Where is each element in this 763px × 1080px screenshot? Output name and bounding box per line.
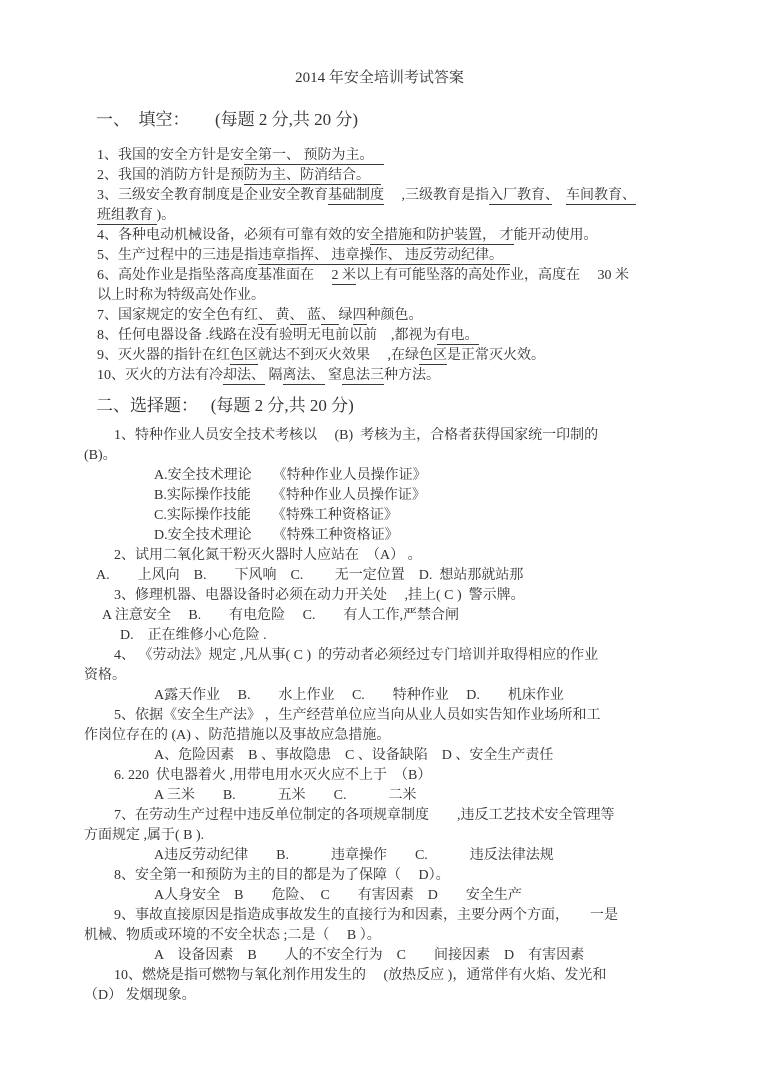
choice-q3-option-d: D. 正在维修小心危险 . [84,626,675,646]
choice-q1-continuation: (B)。 [84,446,675,466]
choice-q7: 7、在劳动生产过程中违反单位制定的各项规章制度 ,违反工艺技术安全管理等 [84,806,675,826]
choice-q9-continuation: 机械、物质或环境的不安全状态 ;二是（ B ）。 [84,926,675,946]
question-text: 种颜色。 [367,308,423,323]
fill-q4: 4、各种电动机械设备，必须有可靠有效的安全措施和防护装置， 才能开动使用。 [97,226,675,246]
choice-q1: 1、特种作业人员安全技术考核以 (B) 考核为主，合格者获得国家统一印制的 [84,426,675,446]
fill-q8: 8、任何电器设备 .线路在没有验明无电前以前 ,都视为有电。 [97,326,675,346]
question-text: 1、我国的安全方针是安 [97,148,244,163]
exam-document-page: 2014 年安全培训考试答案 一、 填空： (每题 2 分,共 20 分) 1、… [0,0,763,1080]
choice-q4: 4、 《劳动法》规定 ,凡从事( C ) 的劳动者必须经过专门培训并取得相应的作… [84,646,675,666]
question-text: 6、高处作业是指坠落高度基准面在 [97,268,332,283]
question-text: 窒 [325,368,343,383]
choice-q3: 3、修理机器、电器设备时必须在动力开关处 ,挂上( C ) 警示牌。 [84,586,675,606]
choice-q8: 8、安全第一和预防为主的目的都是为了保障（ D）。 [84,866,675,886]
question-text: ,三级教育是指 [384,188,489,203]
fill-q6-continuation: 以上时称为特级高处作业。 [97,286,675,306]
question-text: 9、灭火器的指针在红 [97,348,230,363]
question-text: 5、生产过程中的三违是指 [97,248,258,263]
answer-underlined-text: 2 米 [332,268,357,285]
choice-q1-option-c: C.实际操作技能 《特殊工种资格证》 [84,506,675,526]
answer-underlined-text: 、 [258,308,276,325]
question-text: 能开动使用。 [514,228,598,243]
choice-q2-options: A. 上风向 B. 下风响 C. 无一定位置 D. 想站那就站那 [84,566,675,586]
fill-section-heading: 一、 填空： (每题 2 分,共 20 分) [96,108,675,132]
answer-underlined-text: 全措施和防护装置， 才 [370,228,514,245]
choice-q4-continuation: 资格。 [84,666,675,686]
answer-underlined-text: 全第一、 预防为主。 [244,148,384,165]
answer-underlined-text: 、 [290,308,308,325]
choice-q9: 9、事故直接原因是指造成事故发生的直接行为和因素，主要分两个方面， 一是 [84,906,675,926]
answer-underlined-text: 四 [353,308,367,325]
question-text: 10、灭火的方法有冷 [97,368,223,383]
question-text: 是正常灭火效。 [447,348,545,363]
question-text: 7、国家规定的安全色有红 [97,308,258,323]
question-text: 8、任何电器设备 .线路在没有验明无电前以前 ,都视为 [97,328,437,343]
question-text [552,188,566,203]
question-text: 以上有可能坠落的高处作业，高度在 30 米 [356,268,629,283]
answer-underlined-text: 色区 [419,348,447,365]
choice-q5: 5、依据《安全生产法》 ，生产经营单位应当向从业人员如实告知作业场所和工 [84,706,675,726]
fill-q2: 2、我国的消防方针是预防为主、防消结合。 [97,166,675,186]
answer-underlined-text: 防为主、防消结合。 [244,168,381,185]
choice-q1-option-d: D.安全技术理论 《特殊工种资格证》 [84,526,675,546]
choice-q1-option-a: A.安全技术理论 《特种作业人员操作证》 [84,466,675,486]
choice-section-heading: 二、选择题： (每题 2 分,共 20 分) [96,394,675,418]
choice-section: 1、特种作业人员安全技术考核以 (B) 考核为主，合格者获得国家统一印制的 (B… [84,426,675,1006]
question-text: 就达不到灭火效果 ,在绿 [258,348,419,363]
answer-underlined-text: 基础制度 [328,188,384,205]
fill-q3-continuation: 班组教育 )。 [97,206,675,226]
question-text: 蓝 [307,308,321,323]
choice-q10-continuation: （D） 发烟现象。 [84,986,675,1006]
answer-underlined-text: 入厂教育、 [489,188,552,205]
answer-underlined-text: 、 [321,308,339,325]
question-text: 绿 [339,308,353,323]
question-text: 2、我国的消防方针是预 [97,168,244,183]
fill-q5: 5、生产过程中的三违是指违章指挥、 违章操作、 违反劳动纪律。 [97,246,675,266]
choice-q9-options: A 设备因素 B 人的不安全行为 C 间接因素 D 有害因素 [84,946,675,966]
fill-q6: 6、高处作业是指坠落高度基准面在 2 米以上有可能坠落的高处作业，高度在 30 … [97,266,675,286]
answer-underlined-text: 有电。 [437,328,479,345]
choice-q6: 6. 220 伏电器着火 ,用带电用水灭火应不上于 （B） [84,766,675,786]
answer-underlined-text: 息法三 [342,368,384,385]
choice-q7-continuation: 方面规定 ,属于( B ). [84,826,675,846]
answer-underlined-text: 色区 [230,348,258,365]
choice-q3-options-abc: A 注意安全 B. 有电危险 C. 有人工作,严禁合闸 [84,606,675,626]
choice-q5-continuation: 作岗位存在的 (A) 、防范措施以及事故应急措施。 [84,726,675,746]
fill-q3: 3、三级安全教育制度是企业安全教育基础制度 ,三级教育是指入厂教育、 车间教育、 [97,186,675,206]
choice-q5-options: A、危险因素 B 、事故隐患 C 、设备缺陷 D 、安全生产责任 [84,746,675,766]
question-text: )。 [157,208,176,223]
question-text: 4、各种电动机械设备，必须有可靠有效的安 [97,228,370,243]
choice-q7-options: A违反劳动纪律 B. 违章操作 C. 违反法律法规 [84,846,675,866]
question-text: 隔 [265,368,283,383]
choice-q2: 2、试用二氧化氮干粉灭火器时人应站在 （A） 。 [84,546,675,566]
fill-q10: 10、灭火的方法有冷却法、 隔离法、 窒息法三种方法。 [97,366,675,386]
answer-underlined-text: 班组教育 [97,208,157,225]
question-text: 以上时称为特级高处作业。 [97,288,265,303]
answer-underlined-text: 违章指挥、 违章操作、 违反劳动纪律。 [258,248,510,265]
answer-underlined-text: 却法、 [223,368,265,385]
choice-q6-options: A 三米 B. 五米 C. 二米 [84,786,675,806]
fill-q9: 9、灭火器的指针在红色区就达不到灭火效果 ,在绿色区是正常灭火效。 [97,346,675,366]
fill-q7: 7、国家规定的安全色有红、 黄、 蓝、 绿四种颜色。 [97,306,675,326]
choice-q1-option-b: B.实际操作技能 《特种作业人员操作证》 [84,486,675,506]
answer-underlined-text: 车间教育、 [566,188,636,205]
choice-q10: 10、燃烧是指可燃物与氧化剂作用发生的 (放热反应 )，通常伴有火焰、发光和 [84,966,675,986]
fill-section: 1、我国的安全方针是安全第一、 预防为主。 2、我国的消防方针是预防为主、防消结… [84,146,675,386]
question-text: 3、三级安全教育制度是企业安全教育 [97,188,328,203]
choice-q8-options: A人身安全 B 危险、 C 有害因素 D 安全生产 [84,886,675,906]
choice-q4-options: A露天作业 B. 水上作业 C. 特种作业 D. 机床作业 [84,686,675,706]
fill-q1: 1、我国的安全方针是安全第一、 预防为主。 [97,146,675,166]
question-text: 种方法。 [384,368,440,383]
document-title: 2014 年安全培训考试答案 [84,70,675,86]
question-text: 黄 [276,308,290,323]
answer-underlined-text: 离法、 [283,368,325,385]
